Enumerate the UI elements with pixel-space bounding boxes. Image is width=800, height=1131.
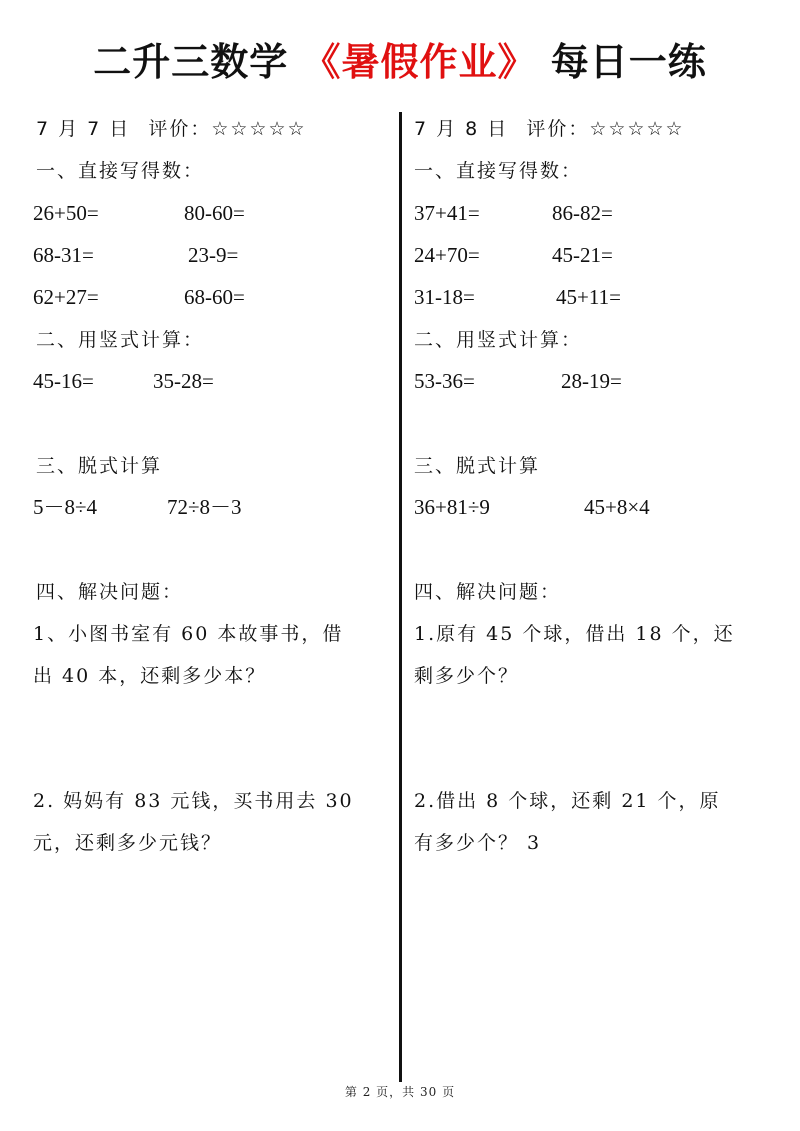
calc-item: 35-28= bbox=[153, 368, 214, 394]
section4-heading: 四、解决问题： bbox=[414, 579, 561, 605]
calc-item: 45-21= bbox=[552, 242, 613, 268]
calc-item: 86-82= bbox=[552, 200, 613, 226]
calc-item: 68-31= bbox=[33, 242, 94, 268]
word-problem-1-line2: 剩多少个？ bbox=[414, 663, 519, 689]
word-problem-2-line1: 2.借出 8 个球，还剩 21 个，原 bbox=[414, 788, 721, 814]
date-rating-row: 7 月 8 日 评价：☆☆☆☆☆ bbox=[414, 116, 685, 142]
word-problem-1-line2: 出 40 本，还剩多少本？ bbox=[33, 663, 266, 689]
word-problem-2-line1: 2. 妈妈有 83 元钱，买书用去 30 bbox=[33, 788, 354, 814]
title-highlight: 《暑假作业》 bbox=[302, 40, 536, 84]
title-prefix: 二升三数学 bbox=[93, 40, 288, 84]
date-label: 7 月 7 日 bbox=[36, 118, 130, 140]
section2-heading: 二、用竖式计算： bbox=[36, 327, 204, 353]
calc-item: 26+50= bbox=[33, 200, 99, 226]
calc-item: 24+70= bbox=[414, 242, 480, 268]
calc-item: 23-9= bbox=[188, 242, 238, 268]
word-problem-2-line2: 元，还剩多少元钱？ bbox=[33, 830, 222, 856]
calc-item: 28-19= bbox=[561, 368, 622, 394]
calc-item: 62+27= bbox=[33, 284, 99, 310]
section4-heading: 四、解决问题： bbox=[36, 579, 183, 605]
column-divider bbox=[399, 112, 402, 1082]
section1-heading: 一、直接写得数： bbox=[414, 158, 582, 184]
calc-item: 5－8÷4 bbox=[33, 494, 97, 520]
calc-item: 68-60= bbox=[184, 284, 245, 310]
rating-stars: ☆☆☆☆☆ bbox=[211, 118, 306, 140]
section3-heading: 三、脱式计算 bbox=[36, 453, 162, 479]
rating-label: 评价： bbox=[148, 118, 211, 140]
title-suffix: 每日一练 bbox=[551, 40, 707, 84]
calc-item: 36+81÷9 bbox=[414, 494, 490, 520]
calc-item: 53-36= bbox=[414, 368, 475, 394]
calc-item: 45-16= bbox=[33, 368, 94, 394]
word-problem-1-line1: 1、小图书室有 60 本故事书，借 bbox=[33, 621, 343, 647]
word-problem-1-line1: 1.原有 45 个球，借出 18 个，还 bbox=[414, 621, 735, 647]
section1-heading: 一、直接写得数： bbox=[36, 158, 204, 184]
calc-item: 45+11= bbox=[556, 284, 621, 310]
calc-item: 80-60= bbox=[184, 200, 245, 226]
date-rating-row: 7 月 7 日 评价：☆☆☆☆☆ bbox=[36, 116, 307, 142]
calc-item: 31-18= bbox=[414, 284, 475, 310]
date-label: 7 月 8 日 bbox=[414, 118, 508, 140]
calc-item: 37+41= bbox=[414, 200, 480, 226]
section2-heading: 二、用竖式计算： bbox=[414, 327, 582, 353]
calc-item: 72÷8－3 bbox=[167, 494, 242, 520]
rating-stars: ☆☆☆☆☆ bbox=[589, 118, 684, 140]
page-title: 二升三数学 《暑假作业》 每日一练 bbox=[0, 38, 800, 86]
calc-item: 45+8×4 bbox=[584, 494, 650, 520]
word-problem-2-line2: 有多少个？ 3 bbox=[414, 830, 541, 856]
section3-heading: 三、脱式计算 bbox=[414, 453, 540, 479]
rating-label: 评价： bbox=[526, 118, 589, 140]
page-footer: 第 2 页，共 30 页 bbox=[0, 1083, 800, 1100]
